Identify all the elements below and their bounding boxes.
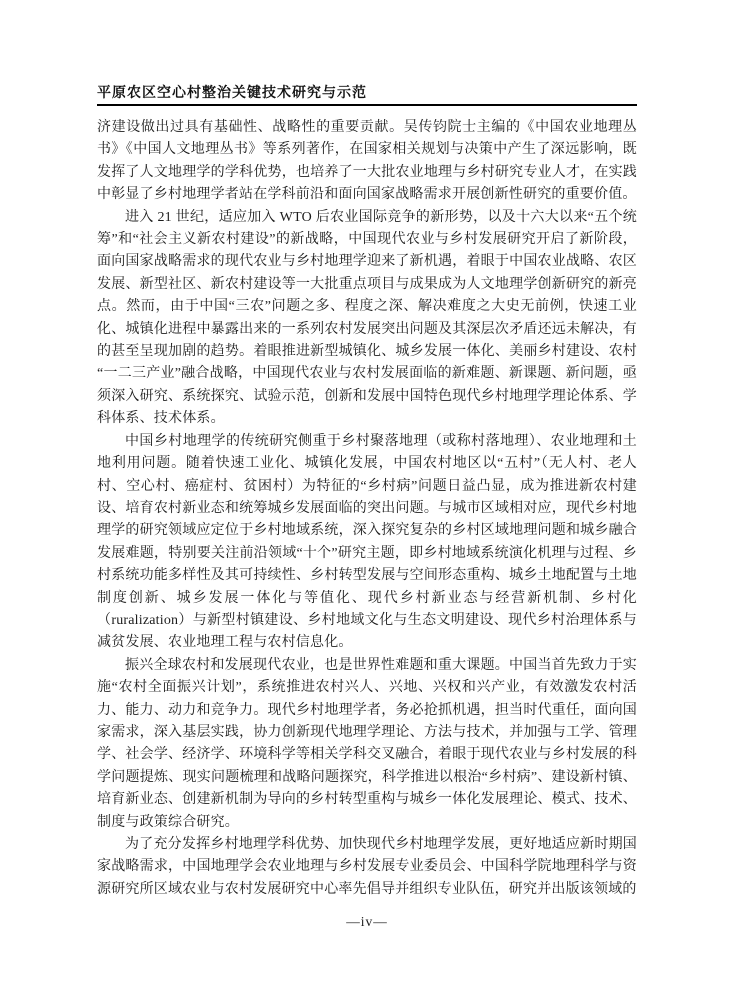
paragraph: 振兴全球农村和发展现代农业，也是世界性难题和重大课题。中国当首先致力于实施“农村… xyxy=(97,655,637,834)
document-page: 平原农区空心村整治关键技术研究与示范 济建设做出过具有基础性、战略性的重要贡献。… xyxy=(0,0,729,1005)
paragraph: 中国乡村地理学的传统研究侧重于乡村聚落地理（或称村落地理）、农业地理和土地利用问… xyxy=(97,431,637,655)
paragraph: 为了充分发挥乡村地理学科优势、加快现代乡村地理学发展，更好地适应新时期国家战略需… xyxy=(97,834,637,901)
text-column: 平原农区空心村整治关键技术研究与示范 济建设做出过具有基础性、战略性的重要贡献。… xyxy=(97,83,637,901)
paragraph: 济建设做出过具有基础性、战略性的重要贡献。吴传钧院士主编的《中国农业地理丛书》《… xyxy=(97,117,637,207)
running-header: 平原农区空心村整治关键技术研究与示范 xyxy=(97,83,637,106)
body-text: 济建设做出过具有基础性、战略性的重要贡献。吴传钧院士主编的《中国农业地理丛书》《… xyxy=(97,117,637,901)
paragraph: 进入 21 世纪，适应加入 WTO 后农业国际竞争的新形势，以及十六大以来“五个… xyxy=(97,207,637,431)
page-number: —iv— xyxy=(97,914,637,930)
